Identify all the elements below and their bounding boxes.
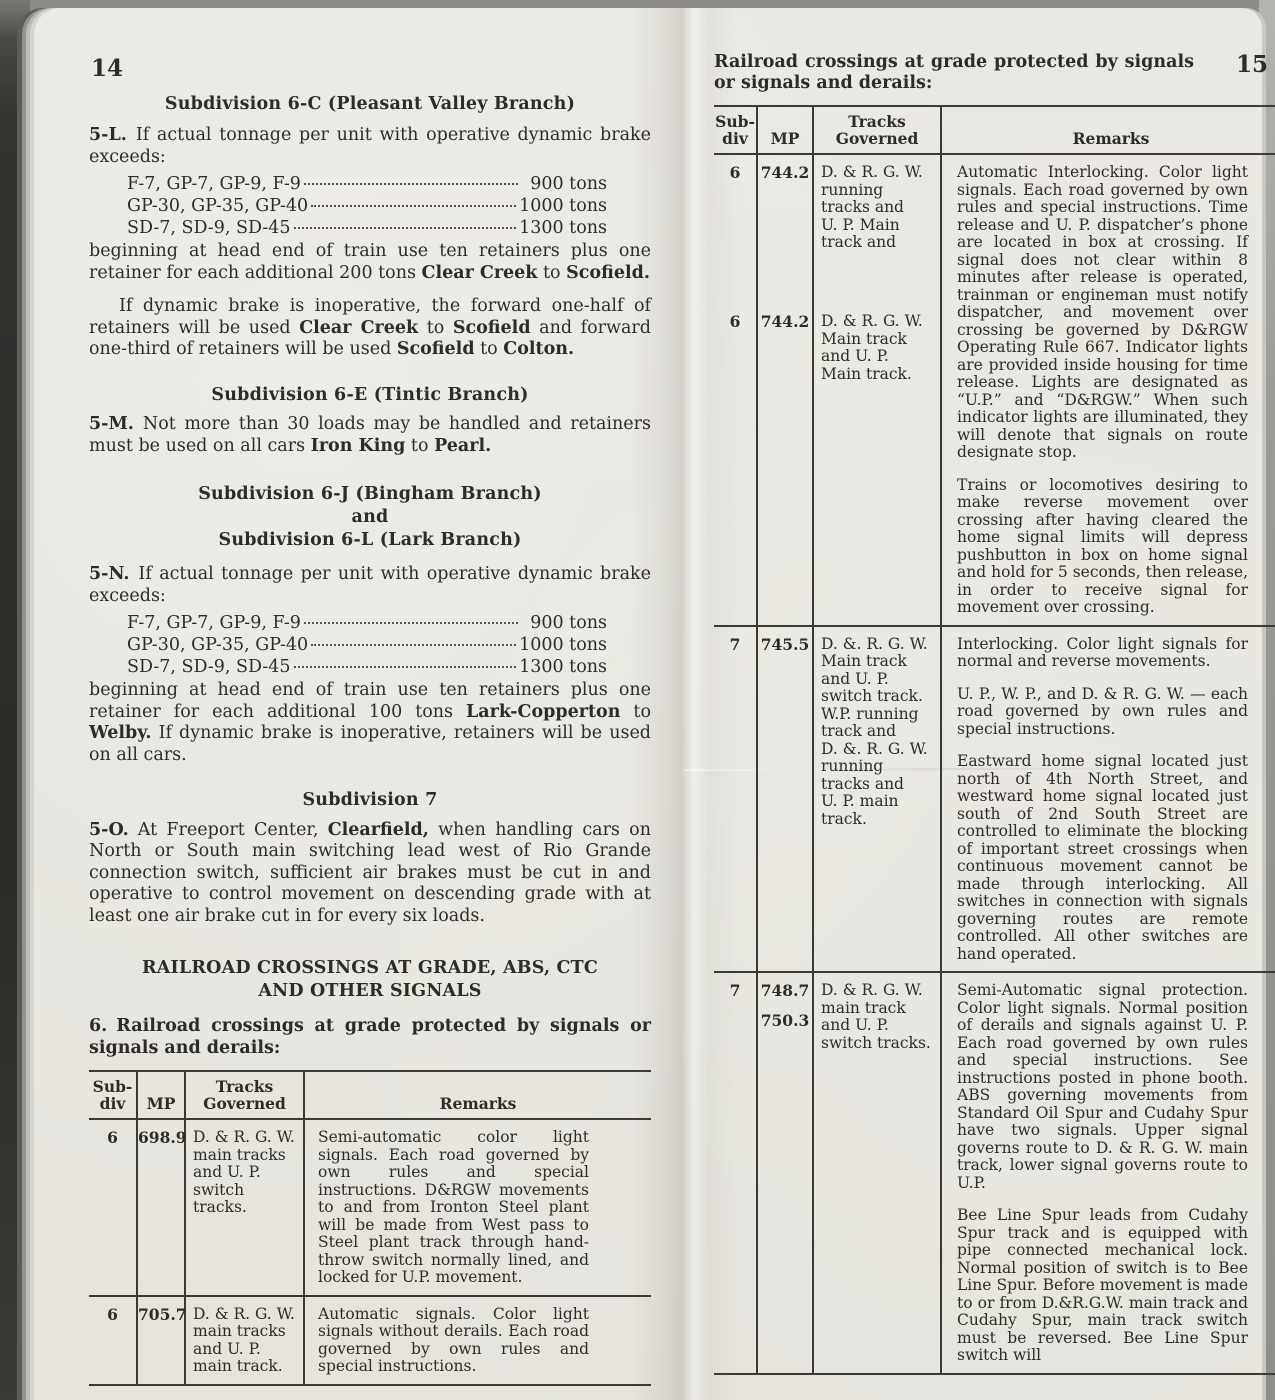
tonnage-value: 900 tons [521, 173, 607, 195]
subdiv-entry-2: 6 [714, 313, 756, 331]
loco-classes: SD-7, SD-9, SD-45 [127, 217, 291, 239]
tonnage-value: 1300 tons [519, 217, 607, 239]
tonnage-row: SD-7, SD-9, SD-451300 tons [89, 656, 651, 678]
page-15: Railroad crossings at grade protected by… [714, 52, 1275, 1375]
cell-remarks: Automatic signals. Color light signals w… [305, 1297, 651, 1384]
station-name: Clear Creek [299, 318, 418, 338]
station-name: Scofield [397, 339, 475, 359]
tonnage-value: 900 tons [521, 612, 607, 634]
rule-5o-paragraph: 5-O.At Freeport Center, Clearfield, when… [89, 820, 651, 928]
rule-text: Railroad crossings at grade protected by… [89, 1016, 651, 1058]
rule-number: 5-N. [89, 564, 129, 584]
dot-leader [294, 666, 517, 668]
rule-number: 5-M. [89, 414, 134, 434]
remarks-paragraph: Trains or locomotives desiring to make r… [957, 477, 1248, 617]
header-remarks: Remarks [942, 107, 1275, 153]
cell-mp: 745.5 [758, 627, 814, 972]
table-header-row: Sub- div MP Tracks Governed Remarks [714, 107, 1275, 155]
cell-remarks: Automatic Interlocking. Color light sign… [942, 155, 1275, 625]
page-number-right: 15 [1236, 52, 1275, 76]
loco-classes: GP-30, GP-35, GP-40 [127, 195, 308, 217]
cell-subdiv: 7 [714, 973, 758, 1373]
inoperative-brake-paragraph: If dynamic brake is inoperative, the for… [89, 296, 651, 361]
table-row-745-5: 7 745.5 D. &. R. G. W. Main track and U.… [714, 625, 1275, 972]
table-row-744-2: 6 6 744.2 744.2 D. & R. G. W. running tr… [714, 155, 1275, 625]
header-subdiv: Sub- div [714, 107, 758, 153]
page-number-left: 14 [91, 58, 651, 80]
remarks-paragraph: U. P., W. P., and D. & R. G. W. — each r… [957, 686, 1248, 739]
mp-value-2: 750.3 [758, 1012, 812, 1030]
dot-leader [304, 622, 518, 624]
loco-classes: F-7, GP-7, GP-9, F-9 [127, 612, 301, 634]
subdiv-entry-1: 6 [714, 164, 756, 182]
tonnage-row: F-7, GP-7, GP-9, F-9900 tons [89, 612, 651, 634]
book-scan: 14 Subdivision 6-C (Pleasant Valley Bran… [0, 0, 1275, 1400]
cell-subdiv: 6 [89, 1120, 138, 1295]
heading-subdivision-6j: Subdivision 6-J (Bingham Branch) [89, 483, 651, 506]
station-name: Welby. [89, 723, 152, 743]
heading-railroad-crossings: RAILROAD CROSSINGS AT GRADE, ABS, CTC AN… [89, 957, 651, 1003]
page-14: 14 Subdivision 6-C (Pleasant Valley Bran… [89, 52, 651, 1386]
heading-subdivision-6j-6l: Subdivision 6-J (Bingham Branch) and Sub… [89, 483, 651, 552]
text-segment: At Freeport Center, [138, 820, 328, 840]
station-name: Pearl. [434, 436, 491, 456]
cell-tracks-governed: D. & R. G. W. main tracks and U. P. main… [186, 1297, 305, 1384]
text-segment: to [405, 436, 434, 456]
station-name: Colton. [503, 339, 574, 359]
header-tracks-governed: Tracks Governed [186, 1072, 305, 1118]
cell-tracks-governed: D. & R. G. W. main track and U. P. switc… [814, 973, 942, 1373]
loco-classes: GP-30, GP-35, GP-40 [127, 634, 308, 656]
mp-value-1: 748.7 [758, 982, 812, 1000]
remarks-paragraph: Interlocking. Color light signals for no… [957, 636, 1248, 671]
crossings-table-left: Sub- div MP Tracks Governed Remarks 6 69… [89, 1070, 651, 1386]
retainers-200-paragraph: beginning at head end of train use ten r… [89, 241, 651, 284]
cell-tracks-governed: D. & R. G. W. main tracks and U. P. swit… [186, 1120, 305, 1295]
remarks-paragraph: Automatic signals. Color light signals w… [318, 1306, 589, 1376]
rule-number: 6. [89, 1016, 107, 1036]
tonnage-value: 1300 tons [519, 656, 607, 678]
dot-leader [311, 644, 516, 646]
station-name: Scofield [453, 318, 531, 338]
cell-subdiv: 6 6 [714, 155, 758, 625]
station-name: Lark-Copperton [466, 702, 620, 722]
table-header-row: Sub- div MP Tracks Governed Remarks [89, 1072, 651, 1120]
rule-5m-paragraph: 5-M.Not more than 30 loads may be handle… [89, 414, 651, 457]
remarks-paragraph: Bee Line Spur leads from Cudahy Spur tra… [957, 1207, 1248, 1365]
tonnage-value: 1000 tons [519, 195, 607, 217]
tonnage-row: SD-7, SD-9, SD-451300 tons [89, 217, 651, 239]
remarks-paragraph: Eastward home signal located just north … [957, 753, 1248, 963]
text-segment: to [537, 263, 566, 283]
cell-mp: 744.2 744.2 [758, 155, 814, 625]
cell-mp: 698.9 [138, 1120, 186, 1295]
heading-subdivision-6l: Subdivision 6-L (Lark Branch) [89, 529, 651, 552]
tonnage-list-2: F-7, GP-7, GP-9, F-9900 tons GP-30, GP-3… [89, 612, 651, 678]
cell-mp: 705.7 [138, 1297, 186, 1384]
station-name: Scofield. [566, 263, 650, 283]
station-name: Clearfield, [328, 820, 429, 840]
cell-mp: 748.7 750.3 [758, 973, 814, 1373]
header-mp: MP [138, 1072, 186, 1118]
book-binding-edge [0, 0, 30, 1400]
page-15-header: Railroad crossings at grade protected by… [714, 52, 1275, 94]
dot-leader [294, 227, 517, 229]
continued-caption: Railroad crossings at grade protected by… [714, 52, 1194, 94]
table-row-698-9: 6 698.9 D. & R. G. W. main tracks and U.… [89, 1120, 651, 1295]
rule-text: If actual tonnage per unit with operativ… [89, 125, 651, 167]
text-segment: to [418, 318, 453, 338]
tonnage-row: GP-30, GP-35, GP-401000 tons [89, 634, 651, 656]
tonnage-row: F-7, GP-7, GP-9, F-9900 tons [89, 173, 651, 195]
table-row-748-7: 7 748.7 750.3 D. & R. G. W. main track a… [714, 971, 1275, 1373]
remarks-paragraph: Semi-automatic color light signals. Each… [318, 1129, 589, 1287]
tonnage-list-1: F-7, GP-7, GP-9, F-9900 tons GP-30, GP-3… [89, 173, 651, 239]
rule-5n-paragraph: 5-N.If actual tonnage per unit with oper… [89, 564, 651, 607]
text-segment: to [475, 339, 504, 359]
heading-and: and [89, 506, 651, 529]
header-remarks: Remarks [305, 1072, 651, 1118]
remarks-paragraph: Semi-Automatic signal protection. Color … [957, 982, 1248, 1192]
cell-remarks: Interlocking. Color light signals for no… [942, 627, 1275, 972]
rule-5l-paragraph: 5-L.If actual tonnage per unit with oper… [89, 125, 651, 168]
tonnage-value: 1000 tons [519, 634, 607, 656]
dot-leader [311, 205, 516, 207]
heading-subdivision-6e: Subdivision 6-E (Tintic Branch) [89, 385, 651, 407]
remarks-paragraph: Automatic Interlocking. Color light sign… [957, 164, 1248, 462]
text-segment: If dynamic brake is inoperative, retaine… [89, 723, 651, 765]
paper-spread: 14 Subdivision 6-C (Pleasant Valley Bran… [34, 8, 1262, 1400]
retainers-100-paragraph: beginning at head end of train use ten r… [89, 680, 651, 766]
cell-tracks-governed: D. & R. G. W. running tracks and U. P. M… [814, 155, 942, 625]
heading-subdivision-6c: Subdivision 6-C (Pleasant Valley Branch) [89, 94, 651, 116]
cell-remarks: Semi-automatic color light signals. Each… [305, 1120, 651, 1295]
text-segment: to [620, 702, 651, 722]
dot-leader [304, 183, 518, 185]
loco-classes: SD-7, SD-9, SD-45 [127, 656, 291, 678]
cell-remarks: Semi-Automatic signal protection. Color … [942, 973, 1275, 1373]
table-row-705-7: 6 705.7 D. & R. G. W. main tracks and U.… [89, 1295, 651, 1384]
cell-subdiv: 7 [714, 627, 758, 972]
heading-line-2: AND OTHER SIGNALS [89, 980, 651, 1003]
crossings-table-right: Sub- div MP Tracks Governed Remarks 6 6 … [714, 105, 1275, 1375]
station-name: Clear Creek [422, 263, 538, 283]
heading-subdivision-7: Subdivision 7 [89, 790, 651, 812]
header-mp: MP [758, 107, 814, 153]
station-name: Iron King [311, 436, 406, 456]
tonnage-row: GP-30, GP-35, GP-401000 tons [89, 195, 651, 217]
loco-classes: F-7, GP-7, GP-9, F-9 [127, 173, 301, 195]
heading-line-1: RAILROAD CROSSINGS AT GRADE, ABS, CTC [89, 957, 651, 980]
rule-number: 5-L. [89, 125, 127, 145]
tracks-entry-1: D. & R. G. W. running tracks and U. P. M… [821, 164, 938, 252]
rule-6-paragraph: 6.Railroad crossings at grade protected … [89, 1016, 651, 1059]
rule-number: 5-O. [89, 820, 129, 840]
rule-text: If actual tonnage per unit with operativ… [89, 564, 651, 606]
header-subdiv: Sub- div [89, 1072, 138, 1118]
mp-entry-1: 744.2 [758, 164, 812, 182]
tracks-entry-2: D. & R. G. W. Main track and U. P. Main … [821, 313, 938, 383]
cell-tracks-governed: D. &. R. G. W. Main track and U. P. swit… [814, 627, 942, 972]
header-tracks-governed: Tracks Governed [814, 107, 942, 153]
cell-subdiv: 6 [89, 1297, 138, 1384]
mp-entry-2: 744.2 [758, 313, 812, 331]
